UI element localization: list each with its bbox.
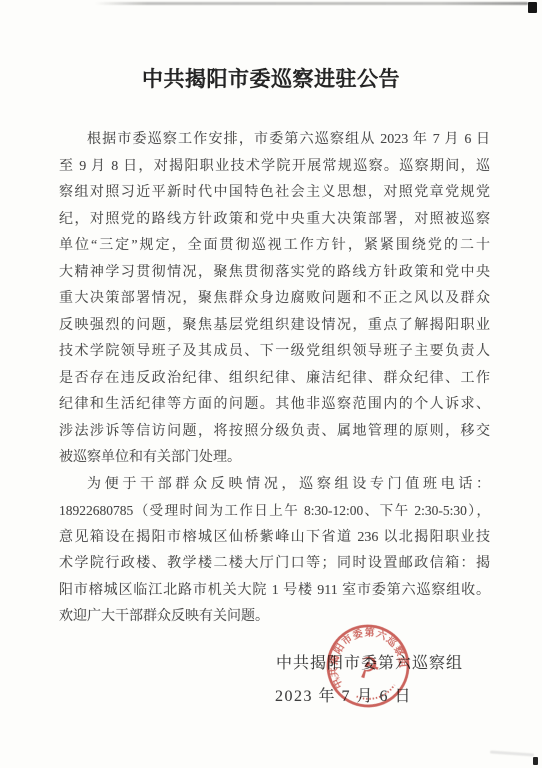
body-line: 为便于干部群众反映情况，巡察组设专门值班电话： bbox=[59, 472, 490, 499]
body-line: 纪律和生活纪律等方面的问题。其他非巡察范围内的个人诉求、 bbox=[59, 392, 490, 419]
scan-artifact-top-right bbox=[528, 2, 537, 13]
signature-org: 中共揭阳市委第六巡察组 bbox=[276, 650, 463, 673]
body-line: 至 9 月 8 日，对揭阳职业技术学院开展常规巡察。巡察期间，巡 bbox=[59, 154, 490, 181]
document-body: 根据市委巡察工作安排，市委第六巡察组从 2023 年 7 月 6 日至 9 月 … bbox=[59, 127, 490, 631]
scan-smudge-bottom-right bbox=[490, 750, 534, 756]
body-line: 18922680785（受理时间为工作日上午 8:30-12:00、下午 2:3… bbox=[59, 498, 490, 525]
body-line: 术学院行政楼、教学楼二楼大厅门口等；同时设置邮政信箱：揭 bbox=[59, 551, 490, 578]
body-line: 纪，对照党的路线方针政策和党中央重大决策部署，对照被巡察 bbox=[59, 207, 490, 234]
seal-side-mark-left: ✳ bbox=[334, 675, 341, 683]
body-line: 根据市委巡察工作安排，市委第六巡察组从 2023 年 7 月 6 日 bbox=[59, 127, 490, 154]
body-line: 反映强烈的问题，聚焦基层党组织建设情况，重点了解揭阳职业 bbox=[59, 313, 490, 340]
body-line: 涉法涉诉等信访问题，将按照分级负责、属地管理的原则，移交 bbox=[59, 419, 490, 446]
scanned-document-page: 中共揭阳市委巡察进驻公告 根据市委巡察工作安排，市委第六巡察组从 2023 年 … bbox=[0, 0, 542, 768]
body-line: 被巡察单位和有关部门处理。 bbox=[59, 445, 490, 472]
body-line: 重大决策部署情况，聚焦群众身边腐败问题和不正之风以及群众 bbox=[59, 286, 490, 313]
body-line: 察组对照习近平新时代中国特色社会主义思想，对照党章党规党 bbox=[59, 180, 490, 207]
body-line: 意见箱设在揭阳市榕城区仙桥紫峰山下省道 236 以北揭阳职业技 bbox=[59, 525, 490, 552]
body-line: 大精神学习贯彻情况，聚焦贯彻落实党的路线方针政策和党中央 bbox=[59, 260, 490, 287]
body-line: 是否存在违反政治纪律、组织纪律、廉洁纪律、群众纪律、工作 bbox=[59, 366, 490, 393]
scan-artifact-bottom-right bbox=[533, 757, 538, 765]
body-line: 欢迎广大干部群众反映有关问题。 bbox=[59, 604, 490, 631]
body-line: 技术学院领导班子及其成员、下一级党组织领导班子主要负责人 bbox=[59, 339, 490, 366]
body-line: 单位“三定”规定，全面贯彻巡视工作方针，紧紧围绕党的二十 bbox=[59, 233, 490, 260]
document-title: 中共揭阳市委巡察进驻公告 bbox=[0, 63, 542, 93]
signature-date: 2023 年 7 月 6 日 bbox=[275, 683, 412, 706]
scan-edge-shadow bbox=[95, 2, 528, 5]
body-line: 阳市榕城区临江北路市机关大院 1 号楼 911 室市委第六巡察组收。 bbox=[59, 578, 490, 605]
